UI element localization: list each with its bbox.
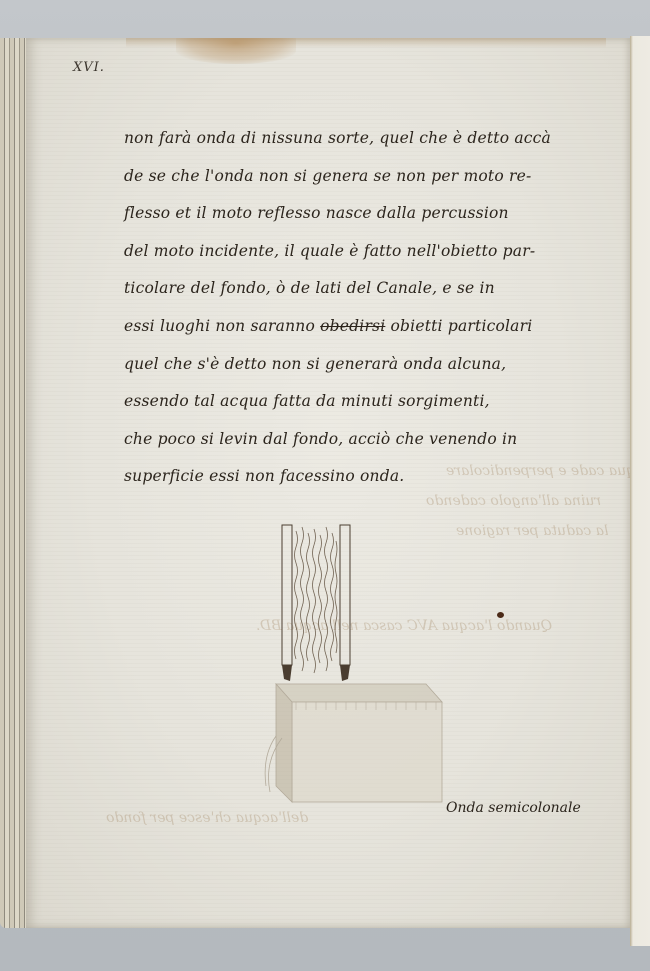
text-line: che poco si levin dal fondo, acciò che v…: [124, 421, 594, 459]
body-text: non farà onda di nissuna sorte, quel che…: [124, 120, 594, 496]
ink-blot: [497, 612, 504, 618]
text-line: quel che s'è detto non si generarà onda …: [124, 346, 594, 384]
text-line: del moto incidente, il quale è fatto nel…: [124, 233, 594, 271]
text-line: de se che l'onda non si genera se non pe…: [124, 158, 594, 196]
reservoir-box-figure: [256, 676, 456, 816]
figure-caption: Onda semicolonale: [446, 800, 581, 816]
manuscript-page: XVI. acqua cade e perpendicolare ruina a…: [26, 38, 630, 928]
channel-water-figure: [278, 521, 354, 691]
folio-number: XVI.: [73, 60, 105, 75]
text-line: superficie essi non facessino onda.: [124, 458, 594, 496]
text-fragment: essi luoghi non saranno: [124, 317, 315, 335]
bleed-through-text: la caduta per ragione: [456, 523, 608, 539]
right-facing-leaf: [630, 36, 650, 946]
text-line: non farà onda di nissuna sorte, quel che…: [124, 120, 594, 158]
struck-word: obedirsi: [320, 317, 385, 335]
text-line-with-correction: essi luoghi non saranno obedirsi obietti…: [124, 308, 594, 346]
text-line: ticolare del fondo, ò de lati del Canale…: [124, 270, 594, 308]
text-line: essendo tal acqua fatta da minuti sorgim…: [124, 383, 594, 421]
text-line: flesso et il moto reflesso nasce dalla p…: [124, 195, 594, 233]
text-fragment: obietti particolari: [391, 317, 533, 335]
water-stain: [176, 38, 296, 64]
